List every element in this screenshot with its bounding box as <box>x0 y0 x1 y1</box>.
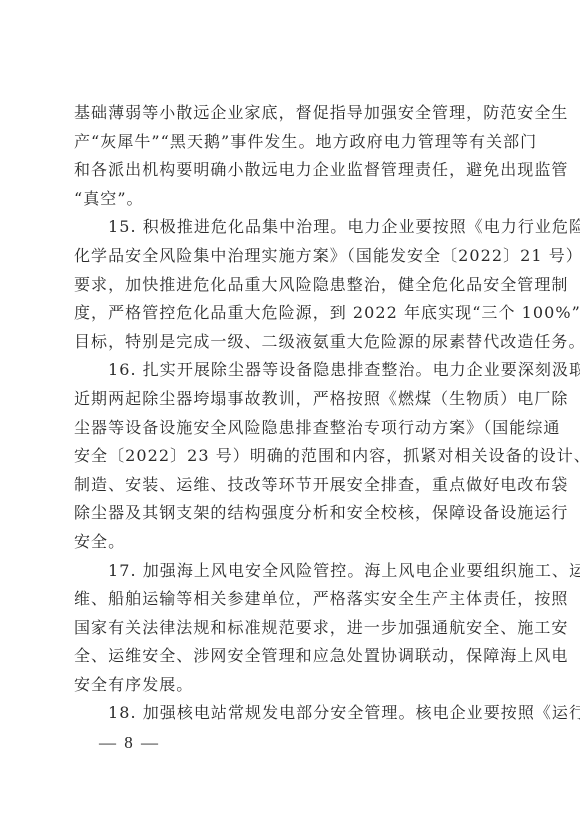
text-line-6: 化学品安全风险集中治理实施方案》（国能发安全〔2022〕21 号） <box>74 242 504 271</box>
text-line-20: 全、运维安全、涉网安全管理和应急处置协调联动，保障海上风电 <box>74 642 504 671</box>
item-16-heading-line: 16. 扎实开展除尘器等设备隐患排查整治。电力企业要深刻汲取 <box>74 356 504 385</box>
text-line-14: 制造、安装、运维、技改等环节开展安全排查，重点做好电改布袋 <box>74 471 504 500</box>
text-line-11: 近期两起除尘器垮塌事故教训，严格按照《燃煤（生物质）电厂除 <box>74 385 504 414</box>
text-line-12: 尘器等设备设施安全风险隐患排查整治专项行动方案》（国能综通 <box>74 414 504 443</box>
page-number: — 8 — <box>99 733 160 753</box>
item-17-heading-line: 17. 加强海上风电安全风险管控。海上风电企业要组织施工、运 <box>74 557 504 586</box>
text-line-2: 产“灰犀牛”“黑天鹅”事件发生。地方政府电力管理等有关部门 <box>74 128 504 157</box>
text-line-3: 和各派出机构要明确小散远电力企业监督管理责任，避免出现监管 <box>74 156 504 185</box>
item-18-heading-line: 18. 加强核电站常规发电部分安全管理。核电企业要按照《运行 <box>74 699 504 728</box>
text-line-1: 基础薄弱等小散远企业家底，督促指导加强安全管理，防范安全生 <box>74 99 504 128</box>
text-line-21: 安全有序发展。 <box>74 671 504 700</box>
text-line-15: 除尘器及其钢支架的结构强度分析和安全校核，保障设备设施运行 <box>74 499 504 528</box>
text-line-7: 要求，加快推进危化品重大风险隐患整治，健全危化品安全管理制 <box>74 271 504 300</box>
text-line-4: “真空”。 <box>74 185 504 214</box>
text-line-9: 目标，特别是完成一级、二级液氨重大危险源的尿素替代改造任务。 <box>74 328 504 357</box>
text-line-19: 国家有关法律法规和标准规范要求，进一步加强通航安全、施工安 <box>74 614 504 643</box>
item-15-heading-line: 15. 积极推进危化品集中治理。电力企业要按照《电力行业危险 <box>74 213 504 242</box>
document-body: 基础薄弱等小散远企业家底，督促指导加强安全管理，防范安全生 产“灰犀牛”“黑天鹅… <box>74 99 504 728</box>
text-line-13: 安全〔2022〕23 号）明确的范围和内容，抓紧对相关设备的设计、 <box>74 442 504 471</box>
text-line-16: 安全。 <box>74 528 504 557</box>
text-line-8: 度，严格管控危化品重大危险源，到 2022 年底实现“三个 100%” <box>74 299 504 328</box>
text-line-18: 维、船舶运输等相关参建单位，严格落实安全生产主体责任，按照 <box>74 585 504 614</box>
